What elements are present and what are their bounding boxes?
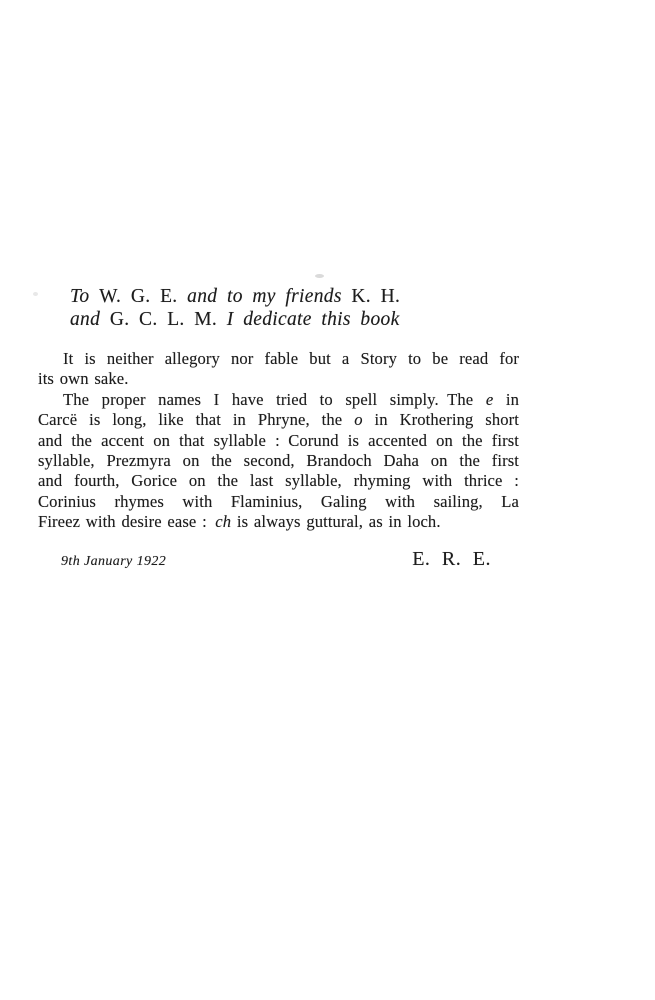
italic-text: To xyxy=(70,286,99,307)
date-text: 9th January 1922 xyxy=(61,554,166,570)
scan-speck xyxy=(33,292,38,296)
text-segment: and the accent on that syllable : Corund… xyxy=(38,431,519,450)
text-segment: It is neither allegory nor fable but a S… xyxy=(63,349,519,368)
text-line: and G. C. L. M. I dedicate this book xyxy=(70,308,540,331)
text-segment: The proper names I have tried to spell s… xyxy=(63,390,486,409)
text-segment: Carcë is long, like that in Phryne, the xyxy=(38,410,354,429)
paragraph-intro: It is neither allegory nor fable but a S… xyxy=(38,349,519,390)
text-line: It is neither allegory nor fable but a S… xyxy=(38,349,519,369)
text-line: Carcë is long, like that in Phryne, the … xyxy=(38,410,519,430)
text-line: its own sake. xyxy=(38,369,519,389)
text-segment: K. H. xyxy=(351,286,400,307)
text-line: syllable, Prezmyra on the second, Brando… xyxy=(38,451,519,471)
book-page: To W. G. E. and to my friends K. H.and G… xyxy=(0,0,655,1000)
text-segment: Fireez with desire ease : xyxy=(38,512,215,531)
footer-line: 9th January 1922 E. R. E. xyxy=(38,548,519,571)
dedication: To W. G. E. and to my friends K. H.and G… xyxy=(70,285,540,331)
text-line: Fireez with desire ease : ch is always g… xyxy=(38,512,519,532)
text-segment: Corinius rhymes with Flaminius, Galing w… xyxy=(38,492,519,511)
text-line: Corinius rhymes with Flaminius, Galing w… xyxy=(38,492,519,512)
italic-text: I dedicate this book xyxy=(227,309,400,330)
author-initials: E. R. E. xyxy=(412,548,491,571)
paragraph-pronunciation: The proper names I have tried to spell s… xyxy=(38,390,519,533)
text-segment: in xyxy=(493,390,519,409)
body-text: It is neither allegory nor fable but a S… xyxy=(38,349,519,533)
text-segment: its own sake. xyxy=(38,369,129,388)
text-segment: and fourth, Gorice on the last syllable,… xyxy=(38,471,519,490)
italic-text: ch xyxy=(215,512,231,531)
text-line: and the accent on that syllable : Corund… xyxy=(38,431,519,451)
text-segment: is always guttural, as in loch. xyxy=(231,512,440,531)
text-segment: in Krothering short xyxy=(363,410,519,429)
text-line: The proper names I have tried to spell s… xyxy=(38,390,519,410)
text-line: To W. G. E. and to my friends K. H. xyxy=(70,285,540,308)
text-segment: syllable, Prezmyra on the second, Brando… xyxy=(38,451,519,470)
text-segment: G. C. L. M. xyxy=(110,309,227,330)
italic-text: and xyxy=(70,309,110,330)
scan-speck xyxy=(315,274,324,278)
italic-text: and to my friends xyxy=(187,286,351,307)
text-line: and fourth, Gorice on the last syllable,… xyxy=(38,471,519,491)
italic-text: o xyxy=(354,410,362,429)
text-segment: W. G. E. xyxy=(99,286,187,307)
